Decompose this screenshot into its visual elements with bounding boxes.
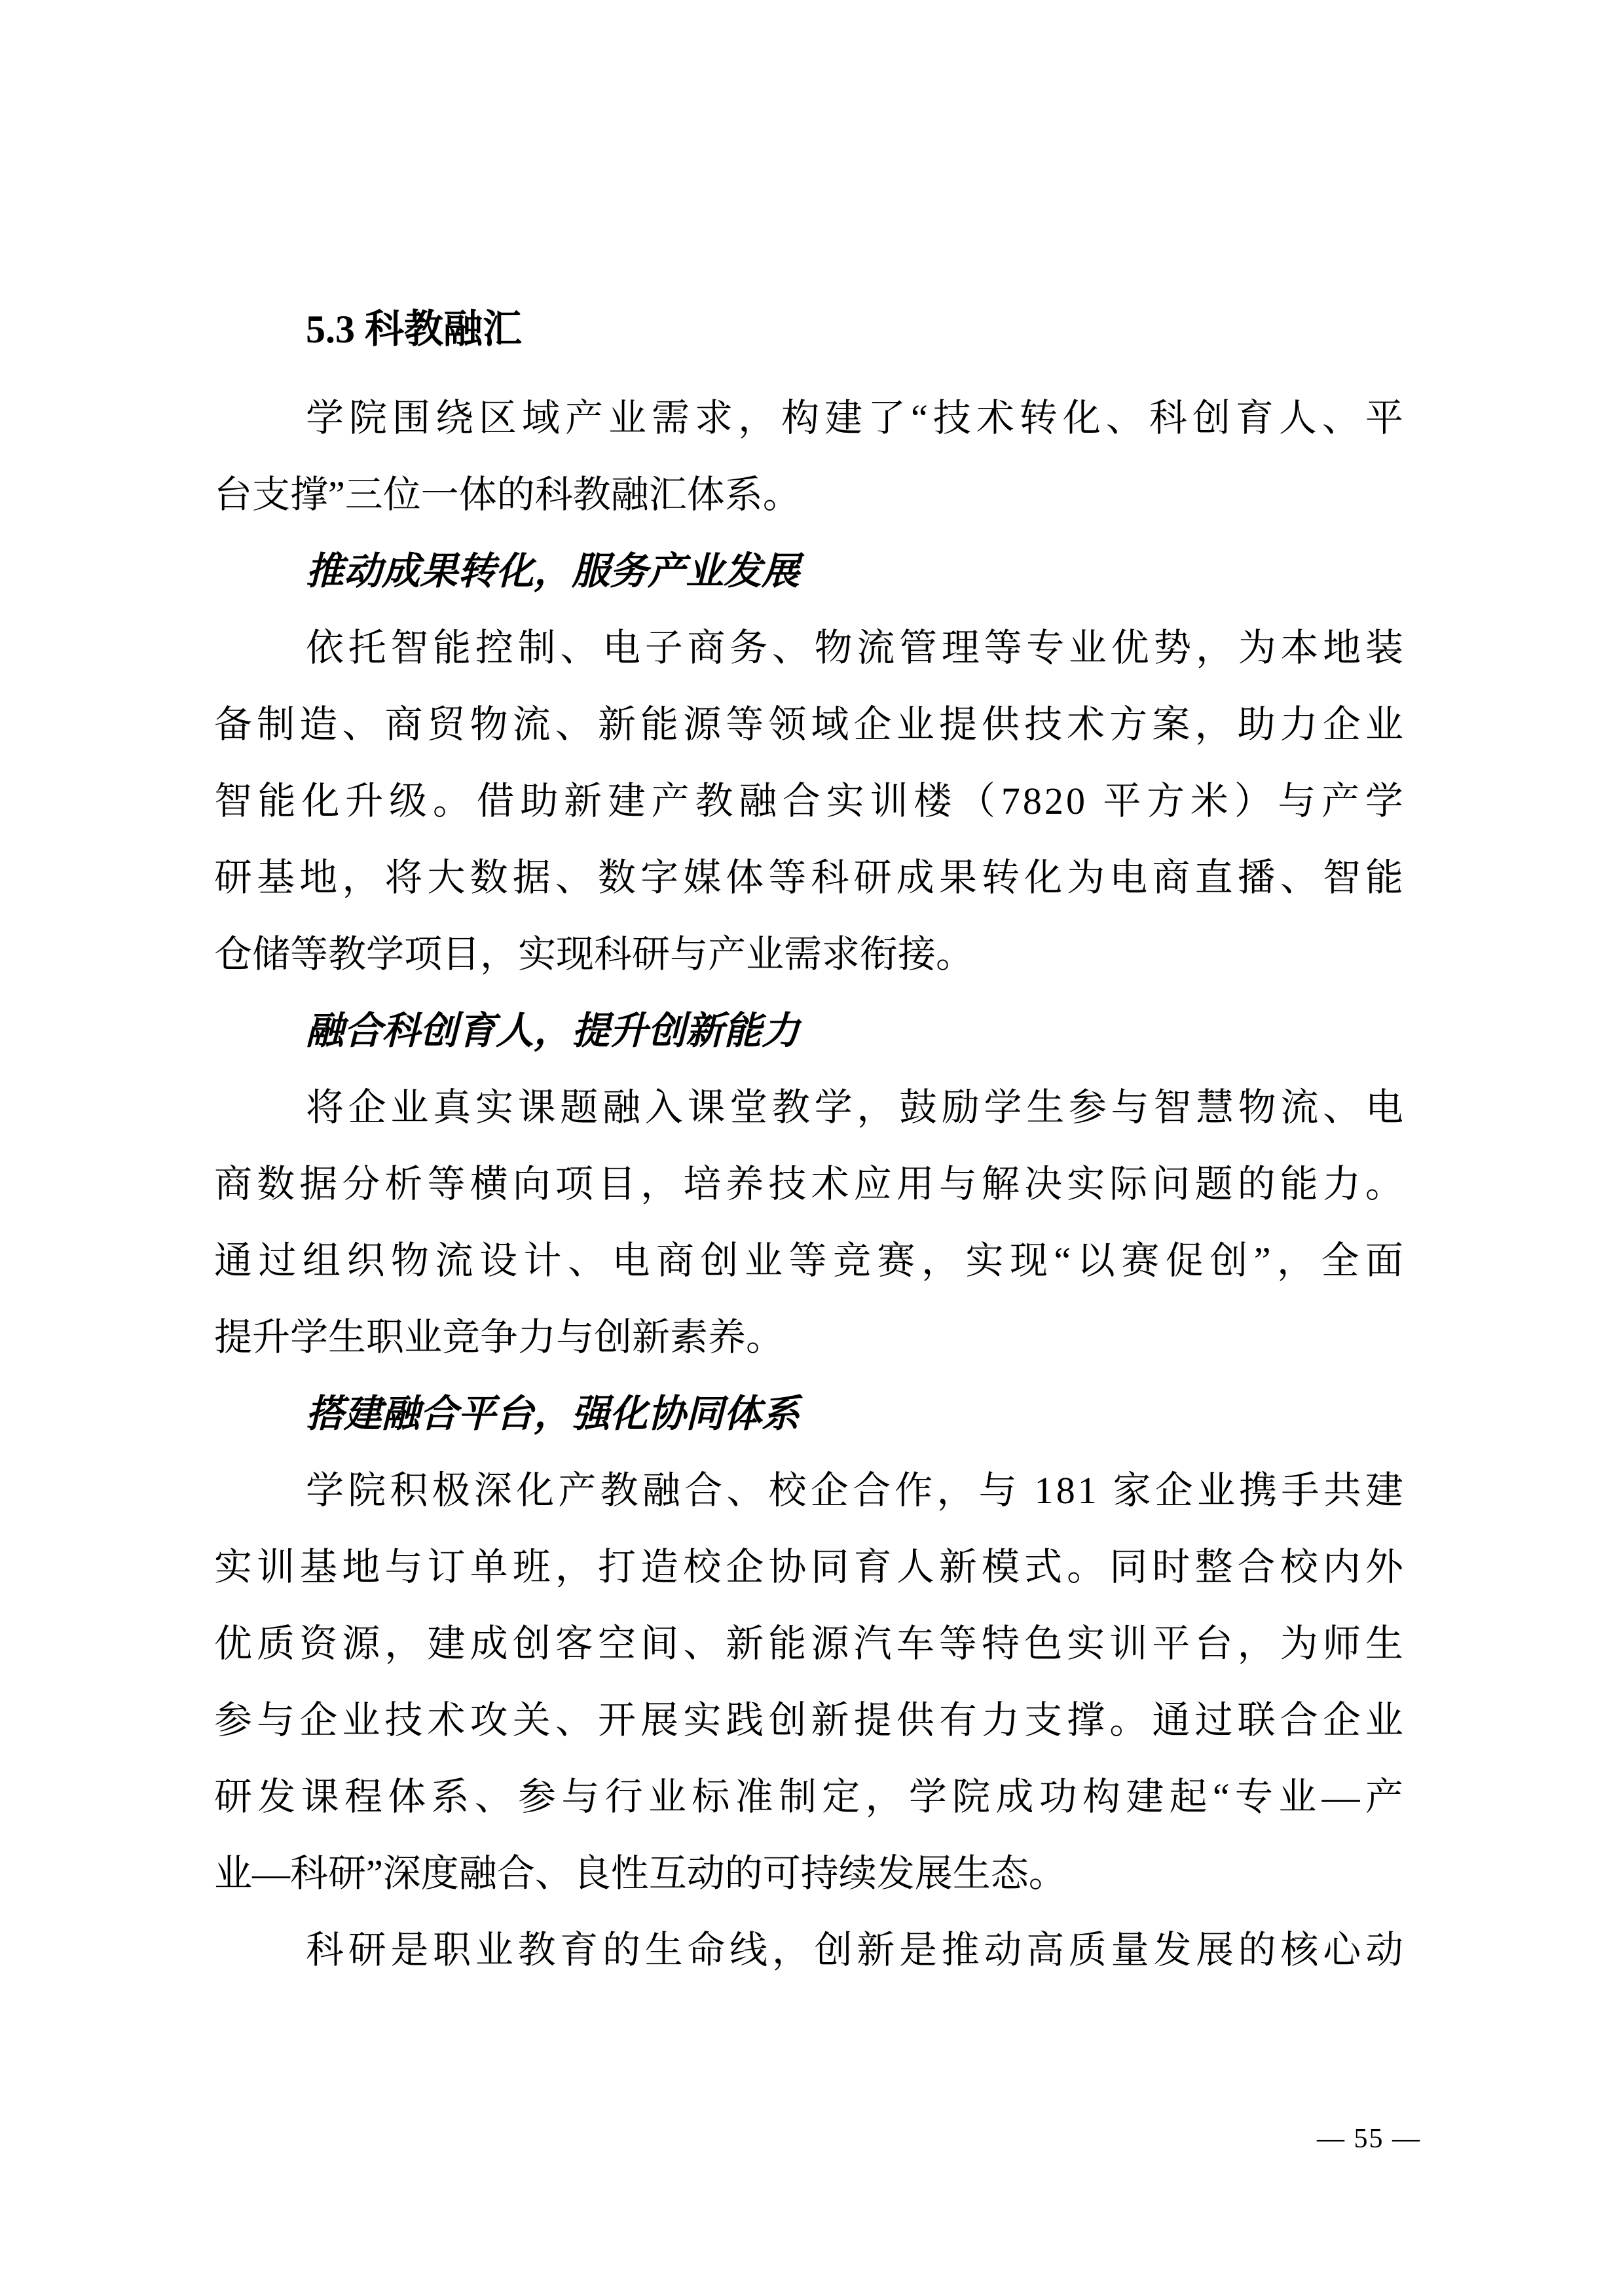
subheading-block: 推动成果转化，服务产业发展	[214, 533, 1406, 610]
paragraph-line: 业—科研”深度融合、良性互动的可持续发展生态。	[214, 1835, 1406, 1912]
page-content: 5.3 科教融汇 学院围绕区域产业需求，构建了“技术转化、科创育人、平 台支撑”…	[214, 291, 1406, 1988]
paragraph: 学院围绕区域产业需求，构建了“技术转化、科创育人、平 台支撑”三位一体的科教融汇…	[214, 380, 1406, 533]
paragraph-line: 台支撑”三位一体的科教融汇体系。	[214, 456, 1406, 533]
subsection-title: 推动成果转化，服务产业发展	[214, 533, 1406, 610]
paragraph-line: 依托智能控制、电子商务、物流管理等专业优势，为本地装	[214, 610, 1406, 686]
paragraph-line: 科研是职业教育的生命线，创新是推动高质量发展的核心动	[214, 1912, 1406, 1988]
subsection-title: 搭建融合平台，强化协同体系	[214, 1376, 1406, 1452]
paragraph-line: 优质资源，建成创客空间、新能源汽车等特色实训平台，为师生	[214, 1605, 1406, 1682]
paragraph-line: 智能化升级。借助新建产教融合实训楼（7820 平方米）与产学	[214, 763, 1406, 839]
paragraph-line: 将企业真实课题融入课堂教学，鼓励学生参与智慧物流、电	[214, 1069, 1406, 1146]
subheading-block: 融合科创育人，提升创新能力	[214, 993, 1406, 1069]
paragraph-line: 学院积极深化产教融合、校企合作，与 181 家企业携手共建	[214, 1452, 1406, 1529]
subheading-block: 搭建融合平台，强化协同体系	[214, 1376, 1406, 1452]
paragraph: 科研是职业教育的生命线，创新是推动高质量发展的核心动	[214, 1912, 1406, 1988]
paragraph-line: 研发课程体系、参与行业标准制定，学院成功构建起“专业—产	[214, 1758, 1406, 1835]
paragraph-line: 仓储等教学项目，实现科研与产业需求衔接。	[214, 916, 1406, 993]
page-number: — 55 —	[1317, 2125, 1421, 2153]
paragraph: 依托智能控制、电子商务、物流管理等专业优势，为本地装 备制造、商贸物流、新能源等…	[214, 610, 1406, 993]
paragraph-line: 提升学生职业竞争力与创新素养。	[214, 1299, 1406, 1376]
paragraph-line: 商数据分析等横向项目，培养技术应用与解决实际问题的能力。	[214, 1146, 1406, 1222]
paragraph: 学院积极深化产教融合、校企合作，与 181 家企业携手共建 实训基地与订单班，打…	[214, 1452, 1406, 1912]
paragraph: 将企业真实课题融入课堂教学，鼓励学生参与智慧物流、电 商数据分析等横向项目，培养…	[214, 1069, 1406, 1376]
section-heading: 5.3 科教融汇	[214, 291, 1406, 368]
document-page: 5.3 科教融汇 学院围绕区域产业需求，构建了“技术转化、科创育人、平 台支撑”…	[0, 0, 1624, 2296]
paragraph-line: 研基地，将大数据、数字媒体等科研成果转化为电商直播、智能	[214, 839, 1406, 916]
paragraph-line: 备制造、商贸物流、新能源等领域企业提供技术方案，助力企业	[214, 686, 1406, 763]
paragraph-line: 参与企业技术攻关、开展实践创新提供有力支撑。通过联合企业	[214, 1682, 1406, 1758]
paragraph-line: 学院围绕区域产业需求，构建了“技术转化、科创育人、平	[214, 380, 1406, 456]
subsection-title: 融合科创育人，提升创新能力	[214, 993, 1406, 1069]
paragraph-line: 通过组织物流设计、电商创业等竞赛，实现“以赛促创”，全面	[214, 1222, 1406, 1299]
paragraph-line: 实训基地与订单班，打造校企协同育人新模式。同时整合校内外	[214, 1529, 1406, 1605]
